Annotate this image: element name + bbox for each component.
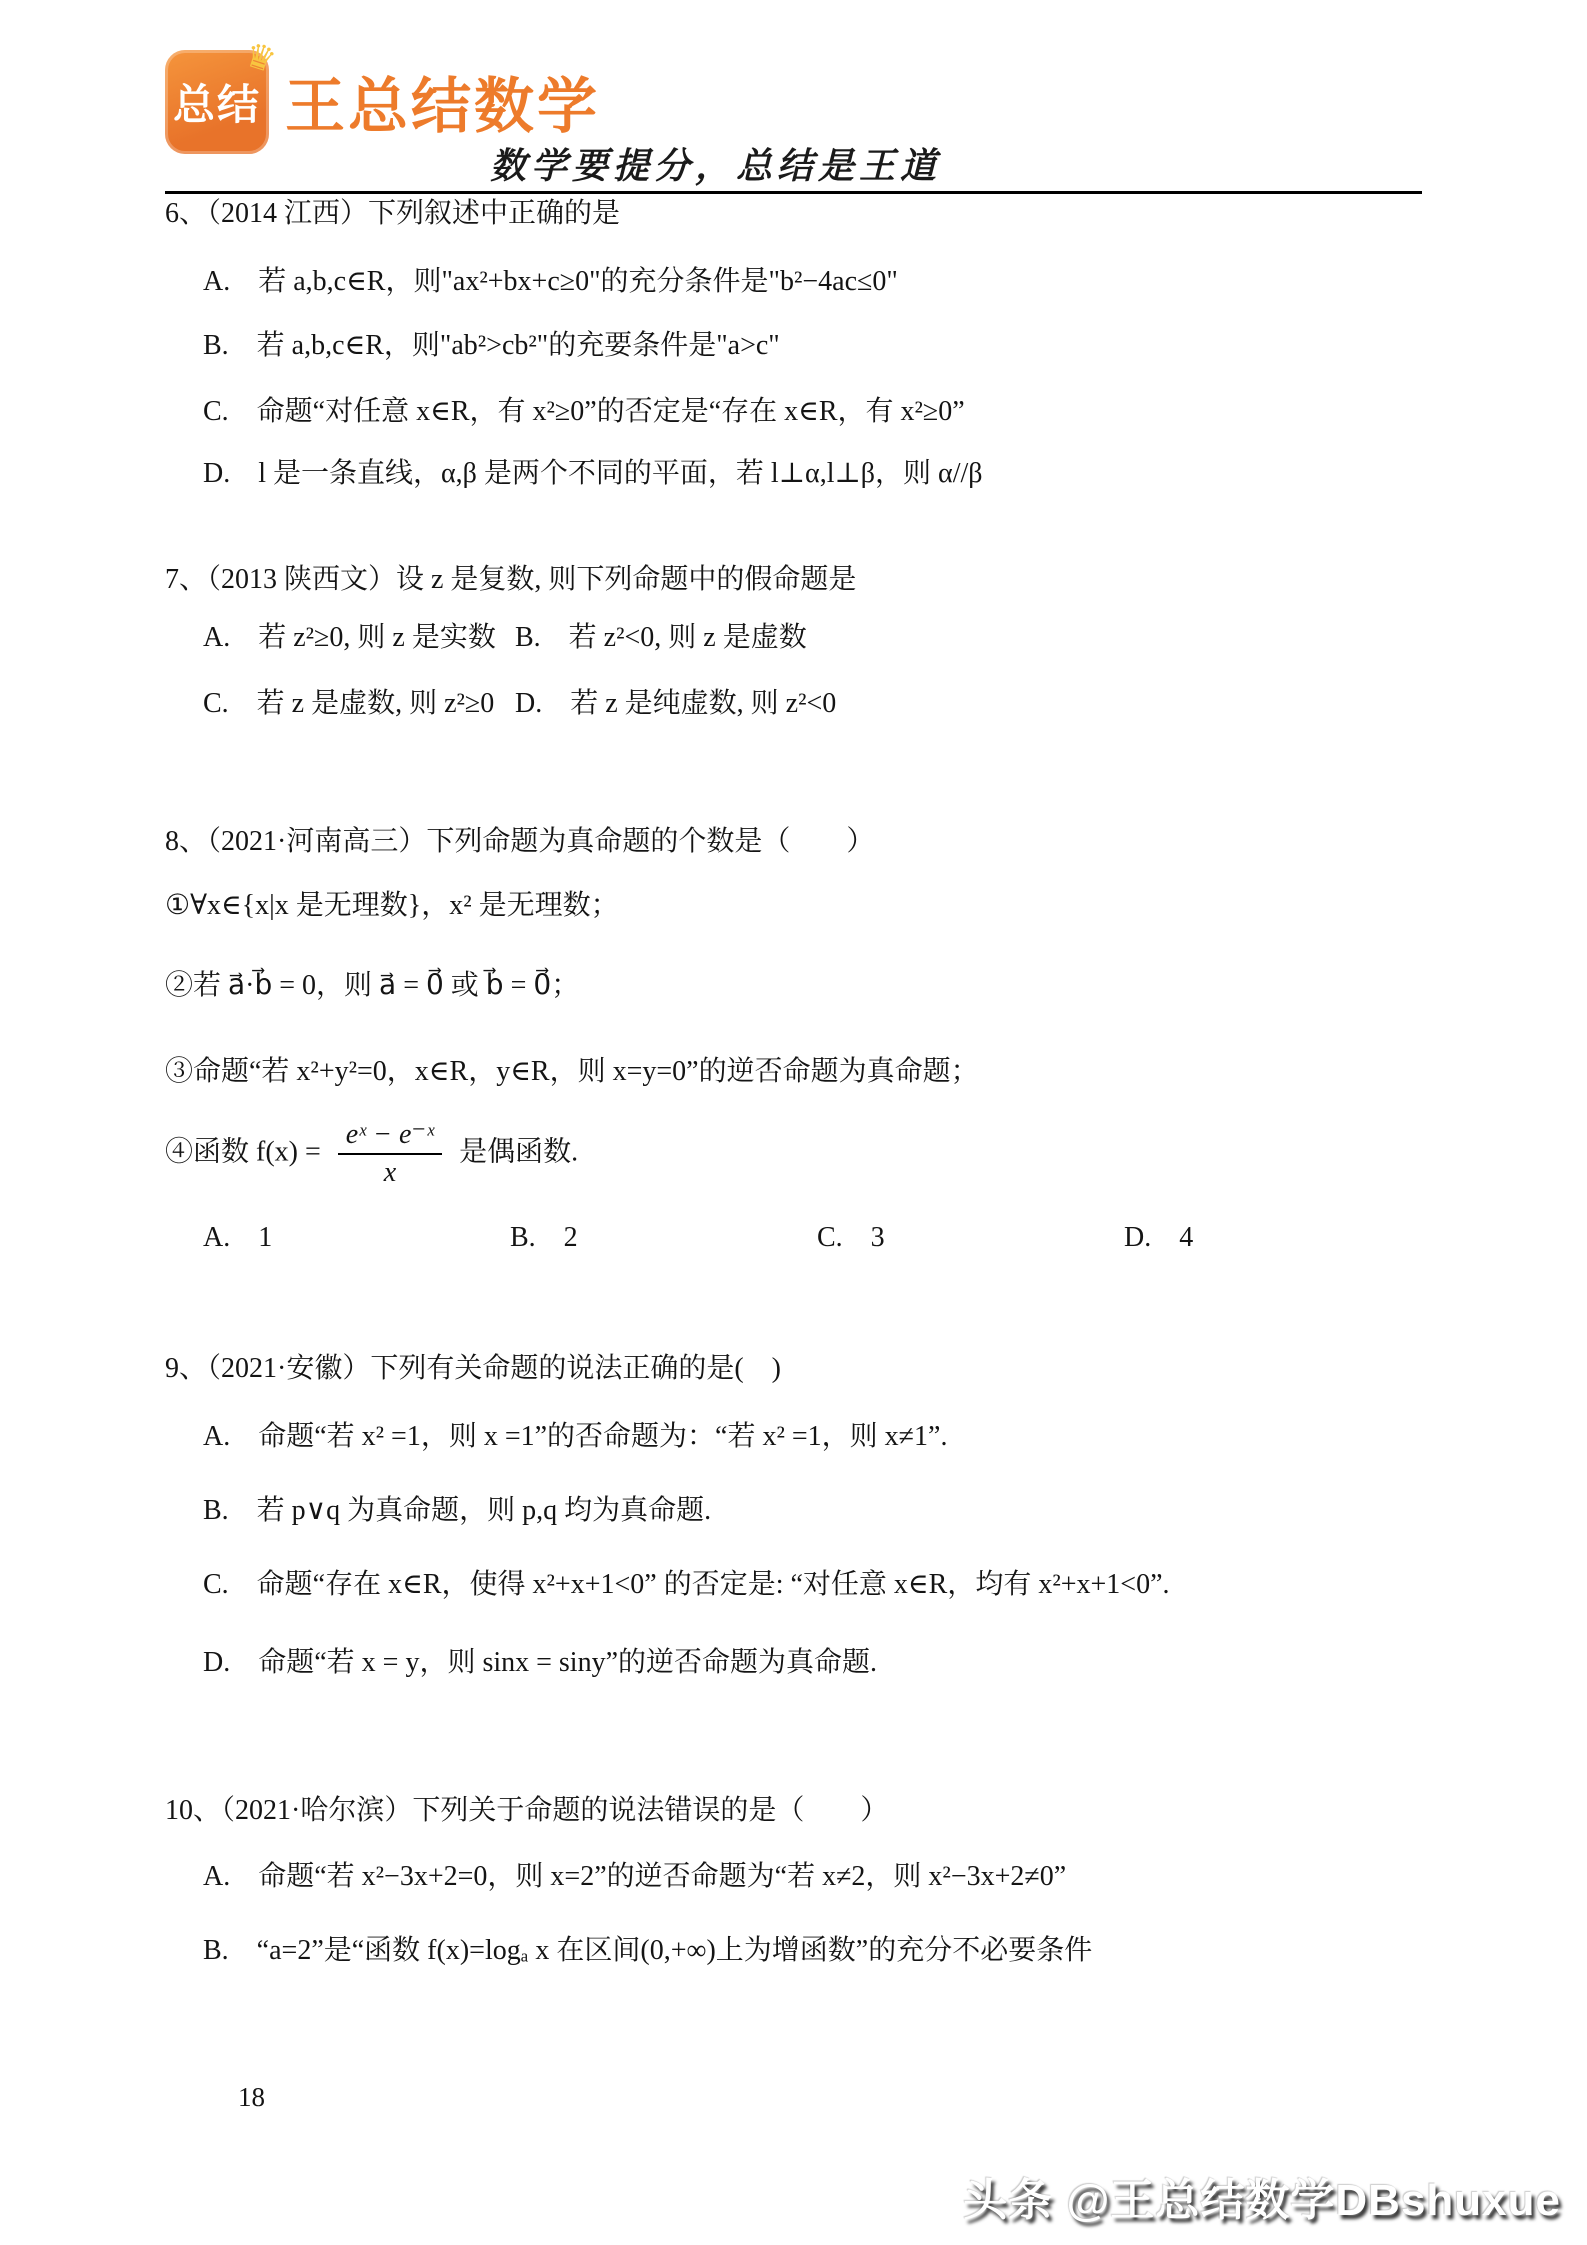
problem-6-option-c: C. 命题“对任意 x∈R，有 x²≥0”的否定是“存在 x∈R，有 x²≥0” [165,394,1435,430]
problem-8-statement-2: ②若 a⃗·b⃗ = 0，则 a⃗ = 0⃗ 或 b⃗ = 0⃗； [165,968,1435,1004]
problem-9-option-c: C. 命题“存在 x∈R，使得 x²+x+1<0” 的否定是: “对任意 x∈R… [165,1567,1435,1603]
problem-6-option-d: D. l 是一条直线，α,β 是两个不同的平面，若 l⊥α,l⊥β，则 α//β [165,456,1435,492]
fraction-numerator: eˣ − e⁻ˣ [338,1118,442,1155]
logo-icon-label: 总结 [173,72,261,132]
problem-8-options-row: A. 1 B. 2 C. 3 D. 4 [165,1220,1435,1256]
problem-9-option-a: A. 命题“若 x² =1，则 x =1”的否命题为：“若 x² =1，则 x≠… [165,1419,1435,1455]
header-divider [165,191,1422,194]
problem-8-option-c: C. 3 [817,1220,1117,1256]
page-header: 总结 ♛ 王总结数学 数学要提分，总结是王道 [165,50,1425,195]
problem-6-title: 6、（2014 江西）下列叙述中正确的是 [165,196,1435,232]
problem-7: 7、（2013 陕西文）设 z 是复数, 则下列命题中的假命题是 A. 若 z²… [165,562,1435,722]
problem-8-statement-4: ④函数 f(x) = eˣ − e⁻ˣ x 是偶函数. [165,1118,1435,1190]
toutiao-watermark: 头条 @王总结数学DBshuxue [963,2164,1561,2228]
problem-8-statement-1: ①∀x∈{x|x 是无理数}，x² 是无理数； [165,888,1435,924]
problem-9-option-d: D. 命题“若 x = y，则 sinx = siny”的逆否命题为真命题. [165,1645,1435,1681]
problem-7-option-c: C. 若 z 是虚数, 则 z²≥0 [203,686,508,722]
fraction: eˣ − e⁻ˣ x [338,1118,442,1190]
problem-9-title: 9、（2021·安徽）下列有关命题的说法正确的是( ) [165,1351,1435,1387]
problem-7-options-row-2: C. 若 z 是虚数, 则 z²≥0 D. 若 z 是纯虚数, 则 z²<0 [165,686,1435,722]
problem-7-options-row-1: A. 若 z²≥0, 则 z 是实数 B. 若 z²<0, 则 z 是虚数 [165,620,1435,656]
problem-10-option-a: A. 命题“若 x²−3x+2=0，则 x=2”的逆否命题为“若 x≠2，则 x… [165,1859,1435,1895]
brand-name: 王总结数学 [285,59,600,145]
problem-7-title: 7、（2013 陕西文）设 z 是复数, 则下列命题中的假命题是 [165,562,1435,598]
problem-7-option-d: D. 若 z 是纯虚数, 则 z²<0 [515,688,836,719]
problem-8: 8、（2021·河南高三）下列命题为真命题的个数是（ ） ①∀x∈{x|x 是无… [165,824,1435,1256]
tagline: 数学要提分，总结是王道 [490,138,941,189]
problem-10-option-b: B. “a=2”是“函数 f(x)=logₐ x 在区间(0,+∞)上为增函数”… [165,1933,1435,1969]
fraction-denominator: x [384,1155,396,1190]
statement-4-suffix: 是偶函数. [459,1136,578,1167]
worksheet-page: 总结 ♛ 王总结数学 数学要提分，总结是王道 6、（2014 江西）下列叙述中正… [0,0,1587,2245]
problem-6-option-b: B. 若 a,b,c∈R，则"ab²>cb²"的充要条件是"a>c" [165,328,1435,364]
statement-4-prefix: ④函数 f(x) = [165,1136,321,1167]
problem-9: 9、（2021·安徽）下列有关命题的说法正确的是( ) A. 命题“若 x² =… [165,1351,1435,1681]
problem-6-option-a: A. 若 a,b,c∈R，则"ax²+bx+c≥0"的充分条件是"b²−4ac≤… [165,264,1435,300]
problem-8-option-d: D. 4 [1124,1222,1193,1253]
problem-10-title: 10、（2021·哈尔滨）下列关于命题的说法错误的是（ ） [165,1793,1435,1829]
problem-8-option-b: B. 2 [510,1220,810,1256]
problem-8-statement-3: ③命题“若 x²+y²=0，x∈R，y∈R，则 x=y=0”的逆否命题为真命题； [165,1054,1435,1090]
page-number: 18 [238,2082,265,2113]
problem-7-option-b: B. 若 z²<0, 则 z 是虚数 [515,622,807,653]
problem-8-option-a: A. 1 [203,1220,503,1256]
problem-8-title: 8、（2021·河南高三）下列命题为真命题的个数是（ ） [165,824,1435,860]
problem-10: 10、（2021·哈尔滨）下列关于命题的说法错误的是（ ） A. 命题“若 x²… [165,1793,1435,1969]
problem-9-option-b: B. 若 p∨q 为真命题，则 p,q 均为真命题. [165,1493,1435,1529]
problem-6: 6、（2014 江西）下列叙述中正确的是 A. 若 a,b,c∈R，则"ax²+… [165,196,1435,492]
logo-app-icon: 总结 ♛ [165,50,269,154]
problems-content: 6、（2014 江西）下列叙述中正确的是 A. 若 a,b,c∈R，则"ax²+… [165,196,1435,1969]
problem-7-option-a: A. 若 z²≥0, 则 z 是实数 [203,620,508,656]
